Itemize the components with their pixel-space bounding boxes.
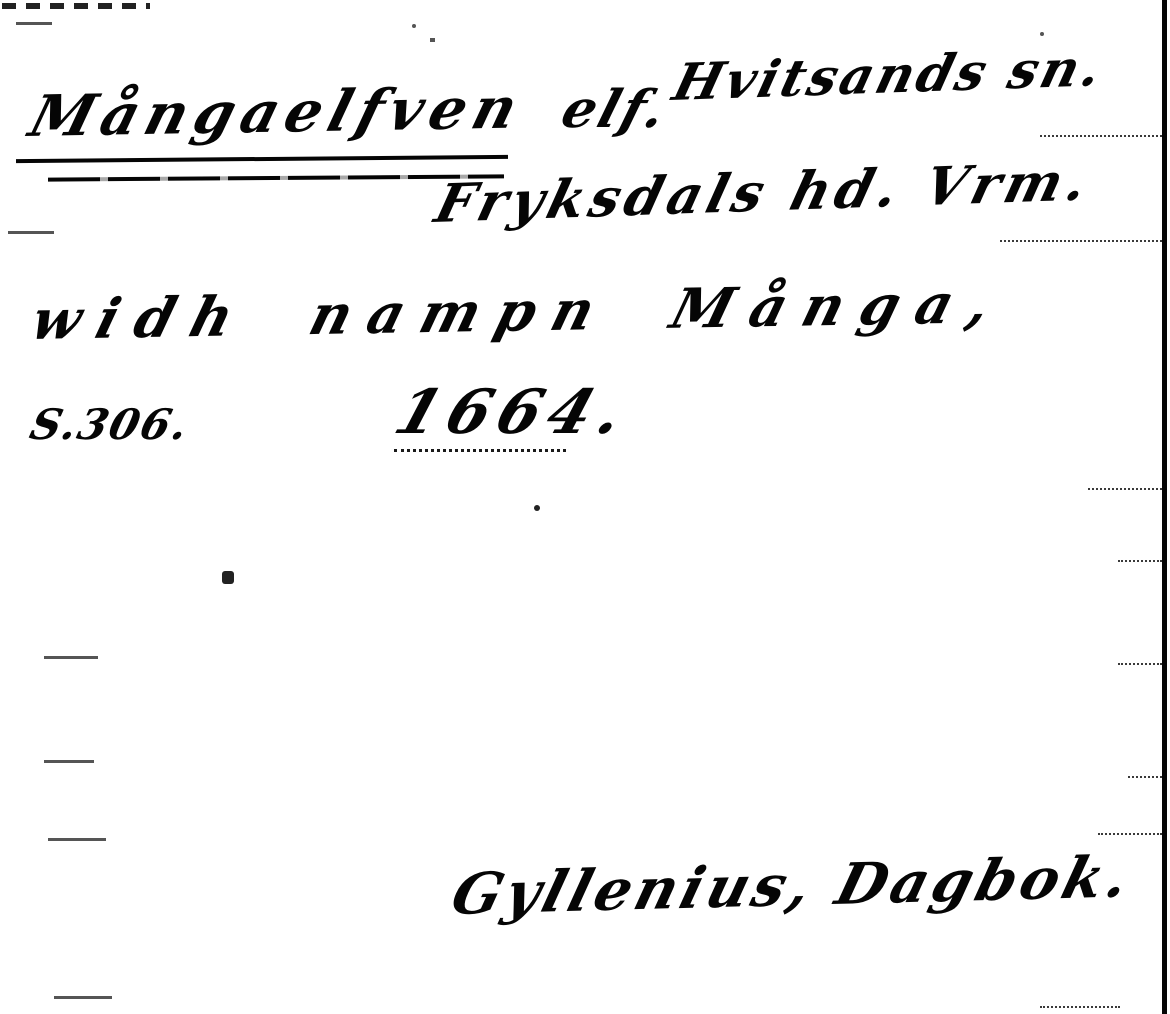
scan-artifact-dash bbox=[8, 231, 54, 234]
scan-artifact-dash bbox=[16, 22, 52, 25]
scan-artifact-dot bbox=[1040, 32, 1044, 36]
parish-name: Hvitsands sn. bbox=[668, 43, 1109, 109]
year-underline bbox=[394, 449, 566, 452]
scan-artifact-dash bbox=[48, 838, 106, 841]
scan-artifact-ink-speck bbox=[222, 571, 234, 584]
scan-edge-line bbox=[1162, 0, 1167, 1014]
scan-artifact-dash bbox=[44, 656, 98, 659]
year: 1664. bbox=[388, 382, 639, 443]
scan-artifact-dash bbox=[54, 996, 112, 999]
scan-artifact-dot bbox=[412, 24, 416, 28]
headword-suffix: elf. bbox=[556, 84, 674, 136]
district-name: Fryksdals hd. Vrm. bbox=[430, 155, 1097, 231]
name-phrase: widh nampn Många, bbox=[26, 275, 1014, 347]
scan-artifact-dot bbox=[430, 38, 435, 42]
scan-artifact-smudge bbox=[2, 3, 150, 9]
ruled-line-remnant bbox=[1040, 1006, 1120, 1008]
page-reference: S.306. bbox=[26, 404, 194, 446]
scan-artifact-dash bbox=[44, 760, 94, 763]
ruled-line-remnant bbox=[1098, 833, 1162, 835]
scan-artifact-dot bbox=[534, 505, 540, 511]
document-card: Mångaelfven elf. Hvitsands sn. Fryksdals… bbox=[0, 0, 1170, 1014]
source-citation: Gyllenius, Dagbok. bbox=[446, 848, 1139, 923]
ruled-line-remnant bbox=[1000, 240, 1162, 242]
ruled-line-remnant bbox=[1118, 560, 1162, 562]
headword-underline-top bbox=[16, 155, 508, 163]
ruled-line-remnant bbox=[1040, 135, 1162, 137]
headword: Mångaelfven bbox=[24, 79, 530, 145]
ruled-line-remnant bbox=[1088, 488, 1162, 490]
ruled-line-remnant bbox=[1118, 663, 1162, 665]
headword-underline-bottom bbox=[48, 174, 504, 181]
ruled-line-remnant bbox=[1128, 776, 1162, 778]
